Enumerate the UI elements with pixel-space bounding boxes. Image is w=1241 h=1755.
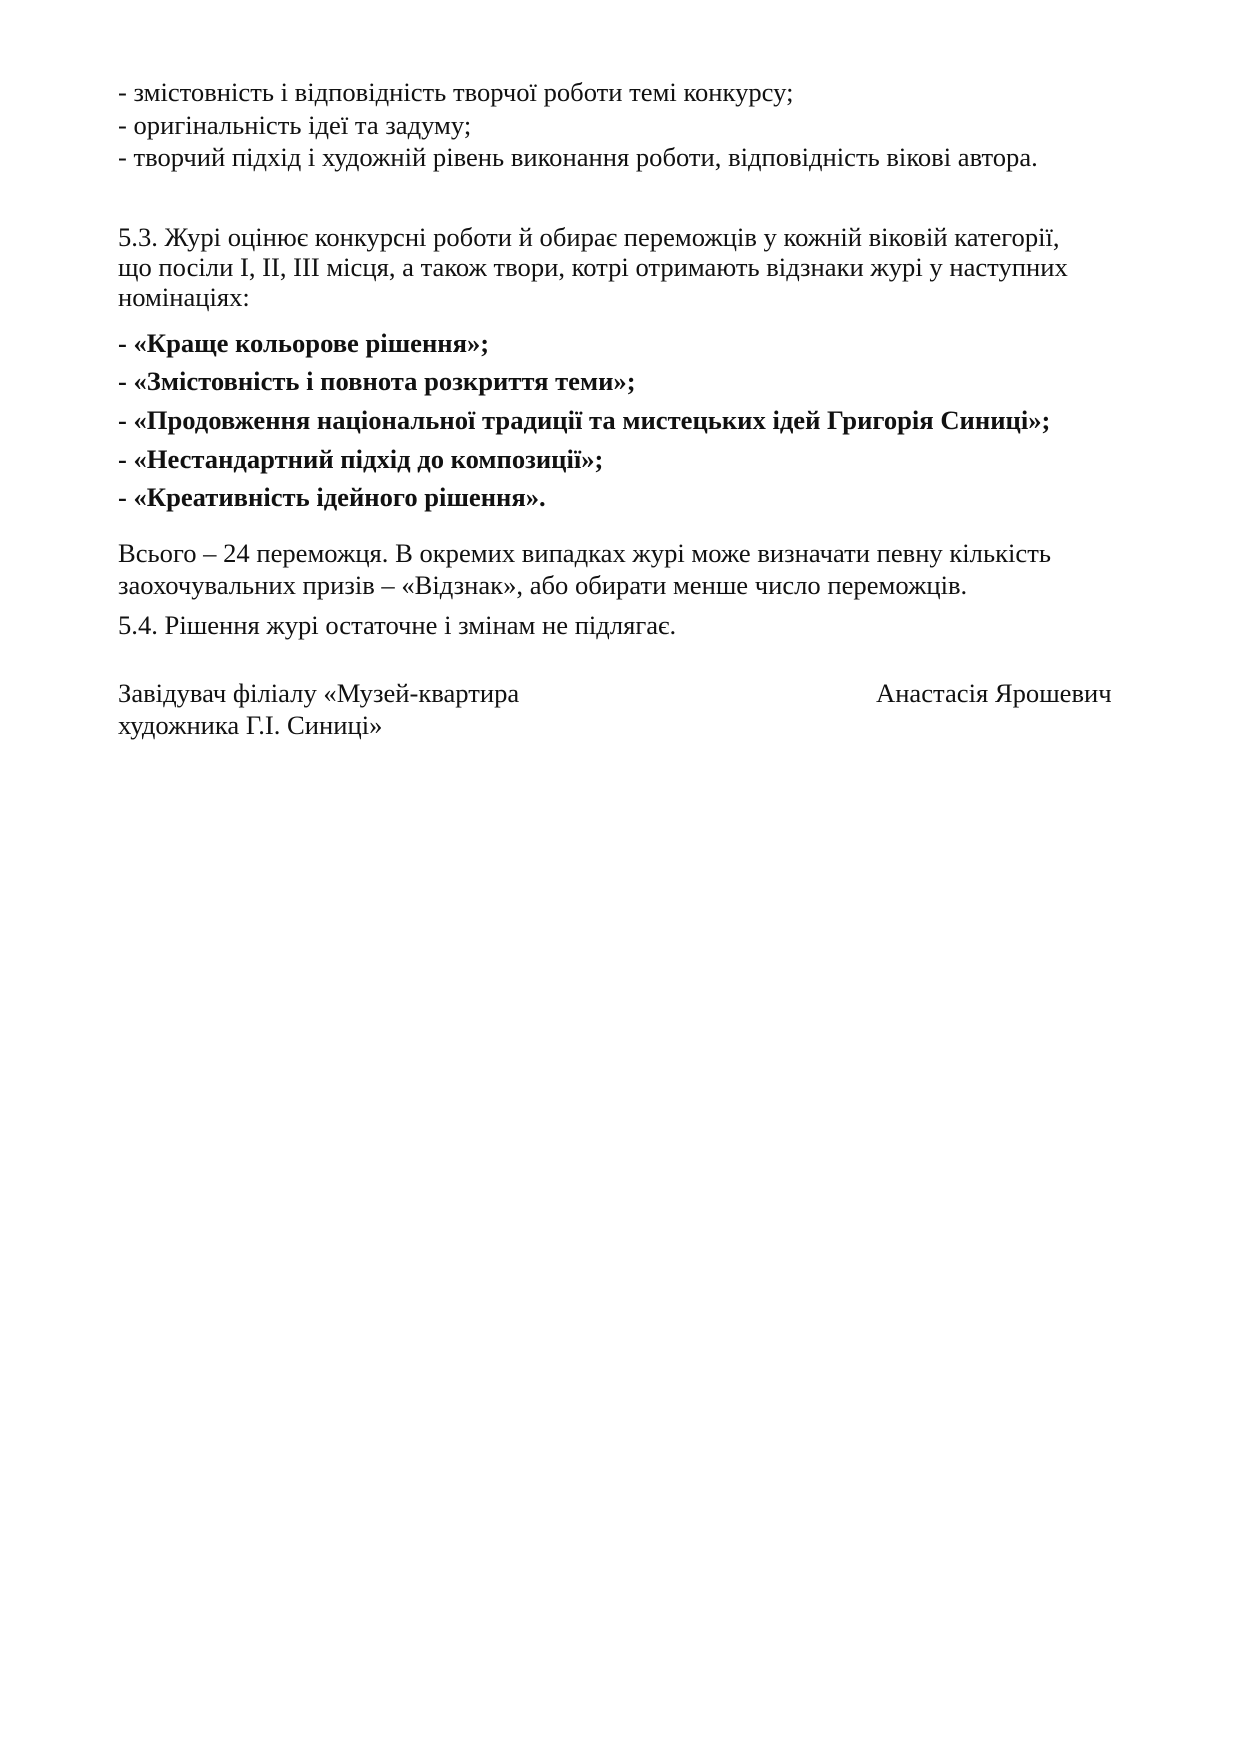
document-page: - змістовність і відповідність творчої р… <box>0 0 1241 1755</box>
winners-total-text: Всього – 24 переможця. В окремих випадка… <box>118 537 1051 569</box>
section-5-3-text: 5.3. Журі оцінює конкурсні роботи й обир… <box>118 221 1060 253</box>
nomination-item: - «Краще кольорове рішення»; <box>118 327 489 359</box>
criteria-item: - оригінальність ідеї та задуму; <box>118 109 471 141</box>
signature-name: Анастасія Ярошевич <box>876 677 1112 709</box>
section-5-4-text: 5.4. Рішення журі остаточне і змінам не … <box>118 609 676 641</box>
criteria-item: - творчий підхід і художній рівень викон… <box>118 141 1038 173</box>
nomination-item: - «Нестандартний підхід до композиції»; <box>118 443 603 475</box>
signature-position: художника Г.І. Синиці» <box>118 709 382 741</box>
section-5-3-text: номінаціях: <box>118 281 250 313</box>
signature-position: Завідувач філіалу «Музей-квартира <box>118 677 519 709</box>
criteria-item: - змістовність і відповідність творчої р… <box>118 76 793 108</box>
nomination-item: - «Змістовність і повнота розкриття теми… <box>118 365 636 397</box>
section-5-3-text: що посіли I, II, III місця, а також твор… <box>118 251 1068 283</box>
winners-total-text: заохочувальних призів – «Відзнак», або о… <box>118 569 967 601</box>
nomination-item: - «Креативність ідейного рішення». <box>118 481 546 513</box>
nomination-item: - «Продовження національної традиції та … <box>118 404 1050 436</box>
